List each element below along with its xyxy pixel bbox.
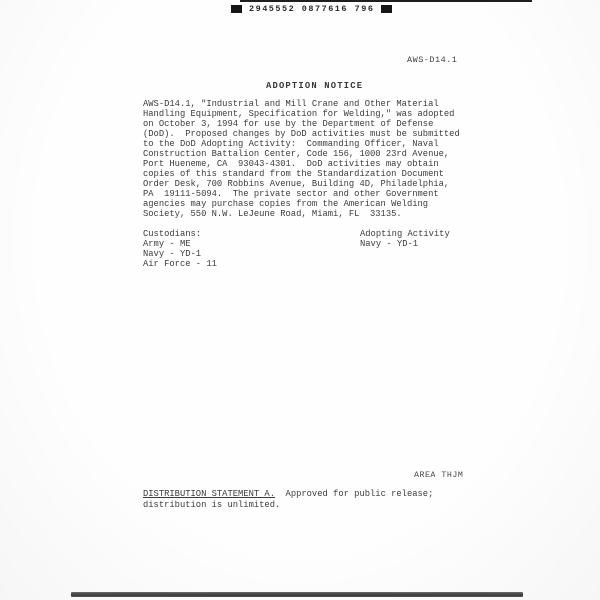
body-line: agencies may purchase copies from the Am…	[143, 199, 460, 209]
scan-top-edge-line	[240, 0, 532, 2]
body-paragraph: AWS-D14.1, "Industrial and Mill Crane an…	[143, 99, 460, 219]
distribution-statement-line2: distribution is unlimited.	[143, 500, 433, 511]
body-line: (DoD). Proposed changes by DoD activitie…	[143, 129, 460, 139]
scan-bottom-edge-bar	[71, 592, 523, 597]
custodian-item: Army - ME	[143, 239, 217, 249]
distribution-statement-title: DISTRIBUTION STATEMENT A.	[143, 489, 275, 499]
custodians-heading: Custodians:	[143, 229, 217, 239]
barcode-block-right-icon	[381, 5, 392, 13]
adopting-activity-item: Navy - YD-1	[360, 239, 450, 249]
distribution-statement: DISTRIBUTION STATEMENT A. Approved for p…	[143, 489, 433, 511]
body-line: Handling Equipment, Specification for We…	[143, 109, 460, 119]
body-line: PA 19111-5094. The private sector and ot…	[143, 189, 460, 199]
custodian-item: Navy - YD-1	[143, 249, 217, 259]
body-line: Order Desk, 700 Robbins Avenue, Building…	[143, 179, 460, 189]
document-number: AWS-D14.1	[407, 55, 457, 65]
custodian-item: Air Force - 11	[143, 259, 217, 269]
body-line: copies of this standard from the Standar…	[143, 169, 460, 179]
scanned-document-page: 2945552 0877616 796 AWS-D14.1 ADOPTION N…	[0, 0, 600, 600]
adopting-activity-heading: Adopting Activity	[360, 229, 450, 239]
distribution-statement-rest: Approved for public release;	[275, 489, 433, 499]
body-line: to the DoD Adopting Activity: Commanding…	[143, 139, 460, 149]
body-line: Society, 550 N.W. LeJeune Road, Miami, F…	[143, 209, 460, 219]
area-designator-label: AREA THJM	[414, 471, 463, 480]
barcode-block-left-icon	[231, 5, 242, 13]
barcode-header: 2945552 0877616 796	[231, 4, 392, 14]
body-line: Construction Battalion Center, Code 156,…	[143, 149, 460, 159]
body-line: AWS-D14.1, "Industrial and Mill Crane an…	[143, 99, 460, 109]
body-line: on October 3, 1994 for use by the Depart…	[143, 119, 460, 129]
barcode-text: 2945552 0877616 796	[249, 4, 374, 14]
body-line: Port Hueneme, CA 93043-4301. DoD activit…	[143, 159, 460, 169]
distribution-statement-line1: DISTRIBUTION STATEMENT A. Approved for p…	[143, 489, 433, 500]
adopting-activity-column: Adopting Activity Navy - YD-1	[360, 229, 450, 249]
custodians-column: Custodians: Army - ME Navy - YD-1 Air Fo…	[143, 229, 217, 269]
page-title: ADOPTION NOTICE	[266, 81, 363, 91]
